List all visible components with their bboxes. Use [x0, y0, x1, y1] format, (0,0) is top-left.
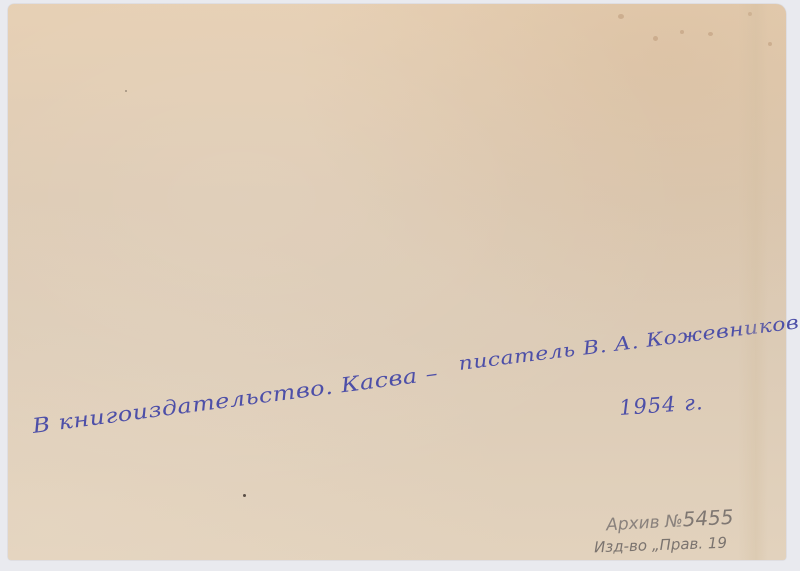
foxing-spot [618, 14, 624, 19]
ink-speck [125, 90, 127, 92]
foxing-spot [680, 30, 684, 34]
inscription-year: 1954 г. [618, 390, 704, 420]
photo-back-paper: В книгоиздательство. Касва – писатель В.… [8, 4, 786, 560]
scene-background: В книгоиздательство. Касва – писатель В.… [0, 0, 800, 571]
foxing-spot [653, 36, 658, 41]
archive-number: 5455 [682, 505, 734, 532]
foxing-spot [708, 32, 713, 36]
foxing-spot [768, 42, 772, 46]
ink-speck [243, 494, 246, 497]
archive-number-note: Архив №5455 [605, 505, 734, 536]
inscription-line-2: писатель В. А. Кожевников [457, 312, 800, 375]
inscription-line-1: В книгоиздательство. Касва – [31, 361, 440, 438]
foxing-spot [748, 12, 752, 16]
publisher-note: Изд-во „Прав. 19 [594, 534, 728, 557]
archive-label: Архив № [606, 511, 684, 535]
